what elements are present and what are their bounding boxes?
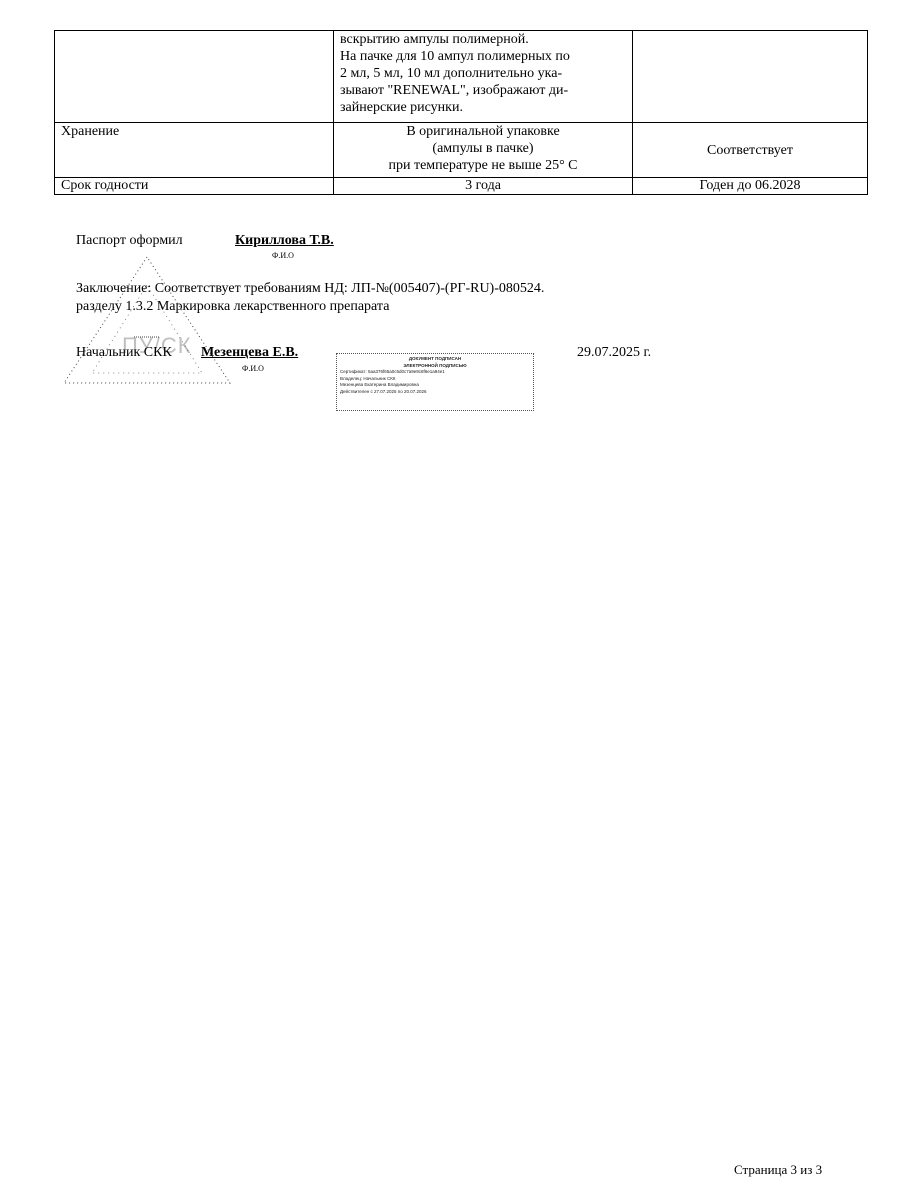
specification-table: вскрытию ампулы полимерной. На пачке для…	[54, 30, 868, 195]
head-signer-name: Мезенцева Е.В.	[201, 345, 298, 361]
passport-label: Паспорт оформил	[76, 233, 183, 249]
row-result: Годен до 06.2028	[633, 178, 868, 195]
table-row: Хранение В оригинальной упаковке (ампулы…	[55, 123, 868, 178]
row-requirement: 3 года	[334, 178, 633, 195]
row-label: Срок годности	[55, 178, 334, 195]
table-row: Срок годности 3 года Годен до 06.2028	[55, 178, 868, 195]
conclusion-line-2: разделу 1.3.2 Маркировка лекарственного …	[76, 299, 389, 315]
row-result: Соответствует	[633, 123, 868, 178]
head-fio-caption: Ф.И.О	[242, 364, 264, 373]
electronic-signature-box: ДОКУМЕНТ ПОДПИСАН ЭЛЕКТРОННОЙ ПОДПИСЬЮ С…	[336, 353, 534, 411]
row-requirement: вскрытию ампулы полимерной. На пачке для…	[334, 31, 633, 123]
row-requirement: В оригинальной упаковке (ампулы в пачке)…	[334, 123, 633, 178]
esign-line: Действителен с 27.07.2025 по 20.07.2026	[340, 389, 530, 396]
page-number: Страница 3 из 3	[734, 1162, 822, 1178]
stamp-triangle-icon	[62, 255, 232, 387]
table-row: вскрытию ампулы полимерной. На пачке для…	[55, 31, 868, 123]
row-result	[633, 31, 868, 123]
passport-signer-name: Кириллова Т.В.	[235, 233, 334, 249]
conclusion-line-1: Заключение: Соответствует требованиям НД…	[76, 281, 544, 297]
signature-date: 29.07.2025 г.	[577, 345, 651, 361]
head-label: Начальник СКК	[76, 345, 172, 361]
passport-fio-caption: Ф.И.О	[272, 251, 294, 260]
row-label	[55, 31, 334, 123]
row-label: Хранение	[55, 123, 334, 178]
